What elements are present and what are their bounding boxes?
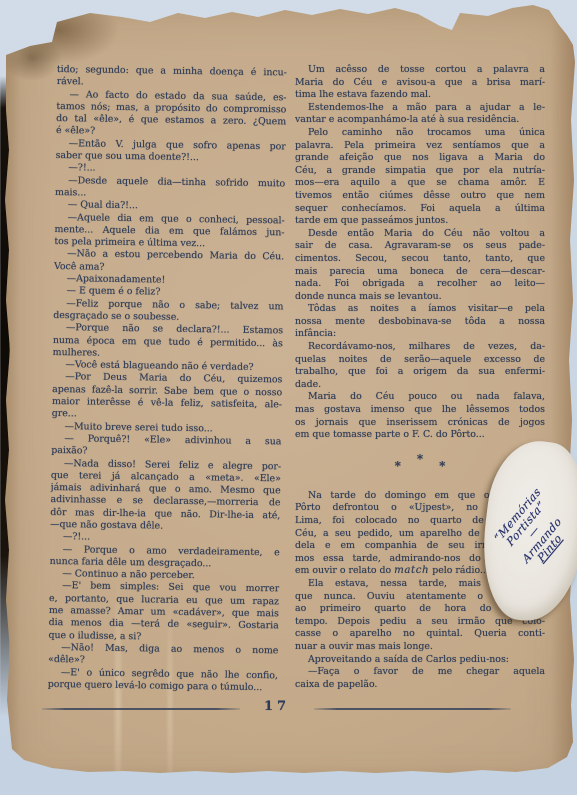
book-page: tido; segundo: que a minha doença é incu… [0, 0, 577, 795]
text-line: —Faça o favor de me chegar aquela [295, 666, 545, 679]
text-line: nada. Foi obrigada a recolher ao leito— [295, 278, 545, 291]
text-line: cimentos. Secou, secou tanto, tanto, que [295, 253, 545, 266]
text-line: grande afeição que nos ligava a Maria do [295, 152, 545, 165]
text-line: em que tomasse parte o F. C. do Pôrto... [295, 429, 545, 442]
asterisk-glyph: * [417, 452, 423, 466]
page-number: 17 [258, 699, 296, 714]
text-line: Maria do Céu e avisou-a que a brisa marí… [295, 77, 545, 90]
text-line: Um acêsso de tosse cortou a palavra a [295, 64, 545, 77]
text-line: mas gostava imenso que lhe lêssemos todo… [295, 404, 545, 417]
text-line: os jornais que inserissem crónicas de jo… [295, 417, 545, 430]
text-line: nuar a ouvir mas mais longe. [295, 641, 545, 654]
asterisk-glyph: * [395, 459, 401, 473]
text-line: infância: [295, 328, 545, 341]
text-line: dade. [295, 379, 545, 392]
text-line: tivemos então ciúmes dêsse outro que nem [295, 190, 545, 203]
text-line: palavra. Pela primeira vez sentíamos que… [295, 140, 545, 153]
text-line: Céu, a grande simpatia que por ela nutrí… [295, 165, 545, 178]
footer-rule-right [314, 708, 511, 710]
text-line: trabalho, que foi a origem da sua enferm… [295, 366, 545, 379]
text-column-left: tido; segundo: que a minha doença é incu… [48, 64, 287, 694]
text-line: mos—era aquilo a que se chama amôr. E [295, 177, 545, 190]
text-line: Recordávamo-nos, milhares de vezes, da- [295, 341, 545, 354]
text-line: tima lhe estava fazendo mal. [295, 89, 545, 102]
scanned-page-background: tido; segundo: que a minha doença é incu… [0, 0, 577, 795]
footer-rule-left [42, 708, 240, 710]
text-line: tempo. Depois pediu a seu irmão que colo… [295, 616, 545, 629]
text-line: Pelo caminho não trocamos uma única [295, 127, 545, 140]
text-line: caixa de papelão. [295, 679, 545, 692]
text-line: vantar e acompanhámo-la até à sua residê… [295, 114, 545, 127]
asterisk-glyph: * [439, 459, 445, 473]
text-line: Tôdas as noites a íamos visitar—e pela [295, 303, 545, 316]
text-line: porque quero levá-lo comigo para o túmul… [48, 679, 278, 695]
text-line: sair de casa. Agravaram-se os seus pade- [295, 240, 545, 253]
text-line: donde nunca mais se levantou. [295, 291, 545, 304]
text-line: Aproveitando a saída de Carlos pediu-nos… [295, 654, 545, 667]
text-line: nossa mente desbobinava-se tôda a nossa [295, 316, 545, 329]
text-line: casse o aparelho no quintal. Queria cont… [295, 628, 545, 641]
text-line: quelas noites de serão—aquele excesso de [295, 354, 545, 367]
text-line: Estendemos-lhe a mão para a ajudar a le- [295, 102, 545, 115]
text-line: tarde em que passeámos juntos. [295, 215, 545, 228]
text-line: Desde então Maria do Céu não voltou a [295, 228, 545, 241]
text-line: Maria do Céu pouco ou nada falava, [295, 391, 545, 404]
text-line: sequer conhecíamos. Foi aquela a última [295, 203, 545, 216]
text-line: mais parecia uma boneca de cera—descar- [295, 266, 545, 279]
